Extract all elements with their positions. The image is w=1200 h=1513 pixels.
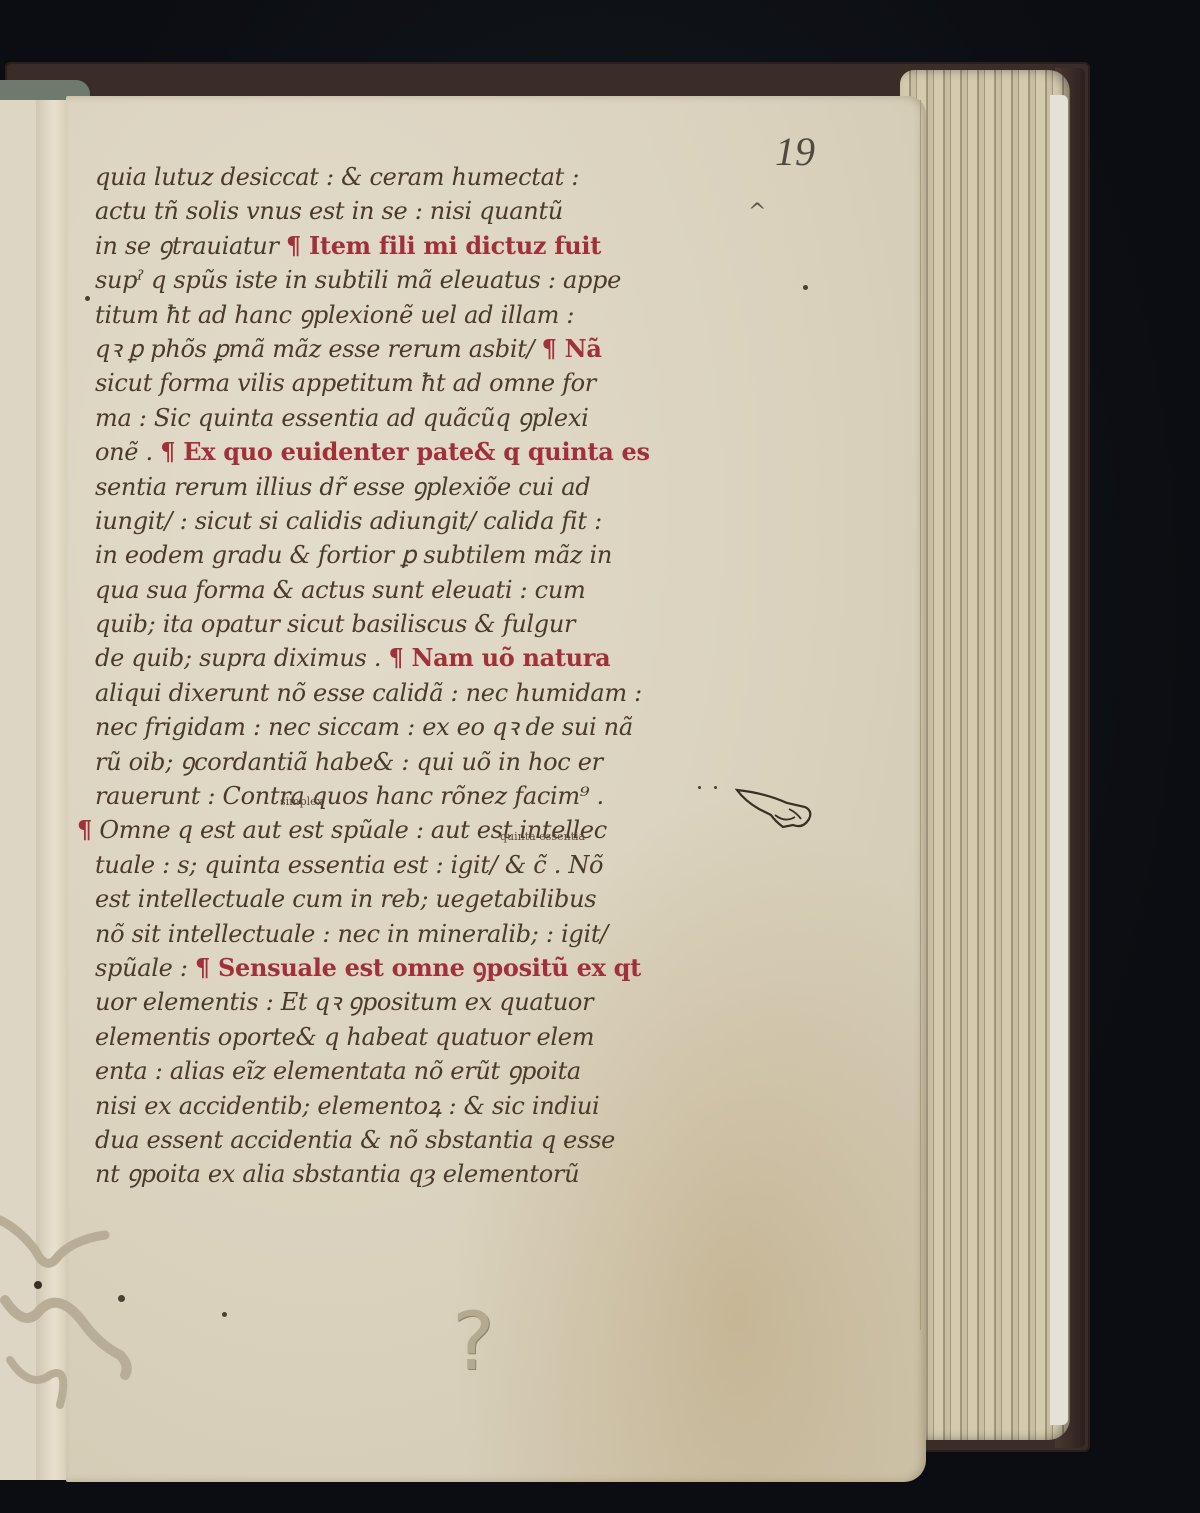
text-line: iungit/ : sicut si calidis adiungit/ cal… [95, 504, 735, 538]
interlinear-gloss: simplex [280, 795, 323, 808]
pricking-dot [698, 786, 701, 789]
rubric-segment: ¶ Sensuale est omne ꝯpositũ ex qt [195, 953, 641, 982]
text-line: rauerunt : Contra quos hanc rõnez facim⁹… [95, 779, 735, 813]
text-line: enta : alias eĩz elementata nõ erũt ꝯpoi… [95, 1054, 735, 1088]
text-line: in se ꝯtrauiatur ¶ Item fili mi dictuz f… [95, 229, 735, 263]
paraph-mark: ¶ [77, 815, 92, 844]
text-line: est intellectuale cum in reb; uegetabili… [95, 882, 735, 916]
page-edge [860, 100, 921, 1330]
text-line: onẽ . ¶ Ex quo euidenter pate& q quinta … [95, 435, 735, 469]
text-line: quia lutuz desiccat : & ceram humectat : [95, 160, 735, 194]
question-mark-impression: ? [452, 1295, 494, 1388]
text-segment: de quib; supra diximus . [95, 644, 389, 672]
endleaf-edge [1050, 95, 1068, 1425]
text-segment: in se ꝯtrauiatur [95, 232, 286, 260]
text-line: elementis oporte& q habeat quatuor elem [95, 1020, 735, 1054]
text-line: nisi ex accidentib; elementoꝝ : & sic in… [95, 1089, 735, 1123]
manicule-icon [735, 785, 815, 835]
caret-mark: ^ [748, 200, 766, 225]
text-segment: qꝛ ꝑ phõs ꝑmã mãz esse rerum asbit/ [95, 335, 542, 363]
text-line: ¶ Omne q est aut est spũale : aut est in… [77, 813, 735, 847]
rubric-segment: ¶ Item fili mi dictuz fuit [286, 231, 601, 260]
pricking-dot [222, 1312, 227, 1317]
text-block: quia lutuz desiccat : & ceram humectat :… [95, 160, 735, 1192]
text-line: supˀ q spũs iste in subtili mã eleuatus … [95, 263, 735, 297]
rubric-segment: ¶ Ex quo euidenter pate& q quinta es [160, 437, 650, 466]
text-line: nec frigidam : nec siccam : ex eo qꝛ de … [95, 710, 735, 744]
text-line: sicut forma vilis appetitum ħt ad omne f… [95, 366, 735, 400]
text-line: actu tñ solis vnus est in se : nisi quan… [95, 194, 735, 228]
text-line: tuale : s; quinta essentia est : igit/ &… [95, 848, 735, 882]
text-line: qua sua forma & actus sunt eleuati : cum [95, 573, 735, 607]
pricking-dot [85, 296, 90, 301]
text-line: in eodem gradu & fortior ꝑ subtilem mãz … [95, 538, 735, 572]
text-line: de quib; supra diximus . ¶ Nam uõ natura [95, 641, 735, 675]
text-line: nõ sit intellectuale : nec in mineralib;… [95, 917, 735, 951]
rubric-segment: ¶ Nam uõ natura [389, 643, 611, 672]
text-segment: onẽ . [95, 438, 160, 466]
text-line: ma : Sic quinta essentia ad quãcũq ꝯplex… [95, 401, 735, 435]
rubric-segment: ¶ Nã [542, 334, 602, 363]
text-line: dua essent accidentia & nõ sbstantia q e… [95, 1123, 735, 1157]
text-line: aliqui dixerunt nõ esse calidã : nec hum… [95, 676, 735, 710]
text-line: quib; ita opatur sicut basiliscus & fulg… [95, 607, 735, 641]
pricking-dot [803, 285, 808, 290]
text-line: qꝛ ꝑ phõs ꝑmã mãz esse rerum asbit/ ¶ Nã [95, 332, 735, 366]
folio-number: 19 [775, 128, 815, 175]
text-line: spũale : ¶ Sensuale est omne ꝯpositũ ex … [95, 951, 735, 985]
wormhole-damage [0, 1190, 140, 1430]
text-line: sentia rerum illius dr̃ esse ꝯplexiõe cu… [95, 470, 735, 504]
pricking-dot [714, 786, 717, 789]
text-line: rũ oib; ꝯcordantiã habe& : qui uõ in hoc… [95, 745, 735, 779]
text-line: titum ħt ad hanc ꝯplexionẽ uel ad illam … [95, 298, 735, 332]
text-line: nt ꝯpoita ex alia sbstantia qȝ elementor… [95, 1157, 735, 1191]
text-line: uor elementis : Et qꝛ ꝯpositum ex quatuo… [95, 985, 735, 1019]
text-segment: spũale : [95, 954, 195, 982]
interlinear-gloss: quinta essentia [500, 830, 585, 843]
